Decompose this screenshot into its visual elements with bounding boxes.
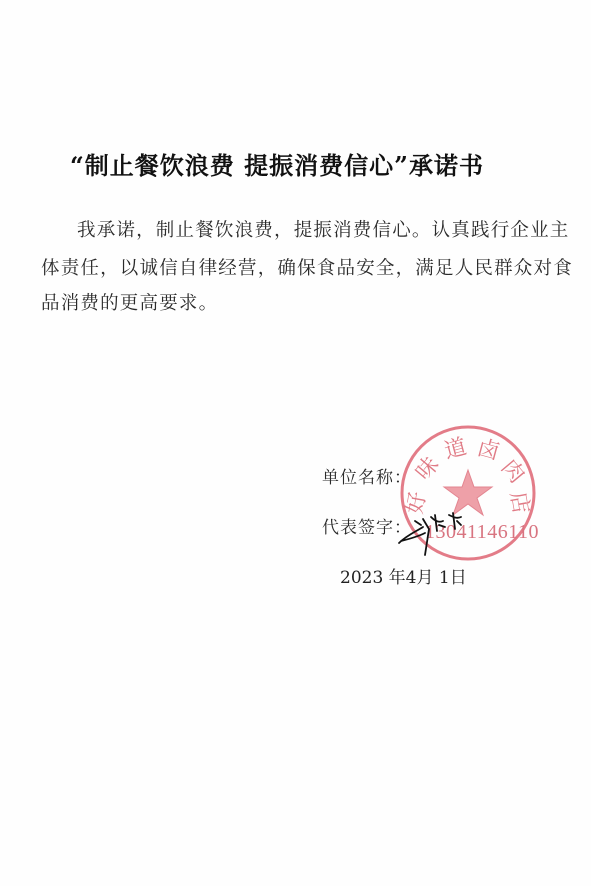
body-line-1: 我承诺，制止餐饮浪费，提振消费信心。认真践行企业主	[77, 216, 570, 242]
body-line-2: 体责任，以诚信自律经营，确保食品安全，满足人民群众对食	[41, 254, 573, 280]
document-page: “制止餐饮浪费 提振消费信心”承诺书 我承诺，制止餐饮浪费，提振消费信心。认真践…	[0, 0, 591, 886]
document-title: “制止餐饮浪费 提振消费信心”承诺书	[70, 146, 530, 181]
signing-date: 2023 年4月 1日	[340, 563, 467, 588]
body-line-3: 品消费的更高要求。	[41, 289, 218, 315]
handwritten-signature-icon	[395, 505, 475, 560]
